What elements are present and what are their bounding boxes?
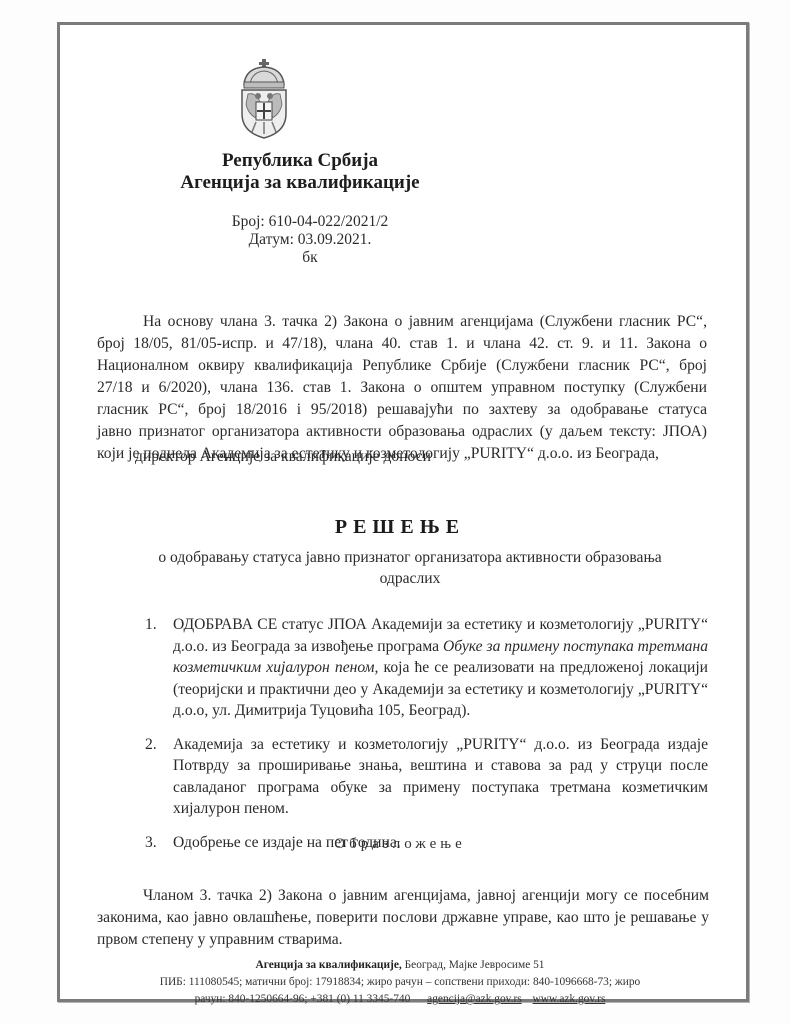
footer-line-3: рачун: 840-1250664-96; +381 (0) 11 3345-… — [80, 991, 720, 1008]
preamble-line: јавно признатог организатора активности … — [97, 421, 707, 443]
director-line: директор Агенције за квалификације донос… — [135, 446, 535, 468]
country-name: Република Србија — [150, 150, 450, 172]
decision-subtitle-line: о одобравању статуса јавно признатог орг… — [120, 547, 700, 568]
preamble-line: број 18/05, 81/05-испр. и 47/18), члана … — [97, 333, 707, 355]
decision-subtitle: о одобравању статуса јавно признатог орг… — [120, 547, 700, 589]
footer: Агенција за квалификације, Београд, Мајк… — [80, 957, 720, 1008]
preamble-line: На основу члана 3. тачка 2) Закона о јав… — [97, 311, 707, 333]
document-number: Број: 610-04-022/2021/2 — [160, 213, 460, 231]
item-number: 1. — [145, 614, 157, 636]
footer-address: Београд, Мајке Јевросиме 51 — [402, 959, 545, 971]
decision-items: 1. ОДОБРАВА СЕ статус ЈПОА Академији за … — [145, 614, 708, 865]
footer-line-2: ПИБ: 111080545; матични број: 17918834; … — [80, 974, 720, 991]
document-date: Датум: 03.09.2021. — [160, 231, 460, 249]
agency-name: Агенција за квалификације — [130, 172, 470, 194]
footer-email-link[interactable]: agencija@azk.gov.rs — [427, 993, 522, 1005]
decision-item: 2. Академија за естетику и козметологију… — [145, 734, 708, 820]
document-initials: бк — [160, 249, 460, 267]
preamble-line: Националном оквиру квалификација Републи… — [97, 355, 707, 377]
footer-bank-phone: рачун: 840-1250664-96; +381 (0) 11 3345-… — [195, 993, 411, 1005]
decision-title: РЕШЕЊЕ — [250, 516, 550, 539]
footer-agency-name: Агенција за квалификације, — [255, 959, 401, 971]
reasoning-title: Образложење — [250, 836, 550, 853]
preamble-paragraph: На основу члана 3. тачка 2) Закона о јав… — [97, 311, 707, 465]
footer-line-1: Агенција за квалификације, Београд, Мајк… — [80, 957, 720, 974]
reasoning-paragraph: Чланом 3. тачка 2) Закона о јавним агенц… — [97, 885, 709, 951]
item-number: 2. — [145, 734, 157, 756]
item-text: Академија за естетику и козметологију „P… — [173, 736, 708, 818]
decision-subtitle-line: одраслих — [120, 568, 700, 589]
preamble-line: 27/18 и 6/2020), члана 136. став 1. Зако… — [97, 377, 707, 399]
decision-item: 1. ОДОБРАВА СЕ статус ЈПОА Академији за … — [145, 614, 708, 722]
footer-website-link[interactable]: www.azk.gov.rs — [533, 993, 606, 1005]
preamble-line: гласник РС“, број 18/2016 і 95/2018) реш… — [97, 399, 707, 421]
serbian-coat-of-arms-icon — [234, 58, 294, 140]
item-number: 3. — [145, 832, 157, 854]
